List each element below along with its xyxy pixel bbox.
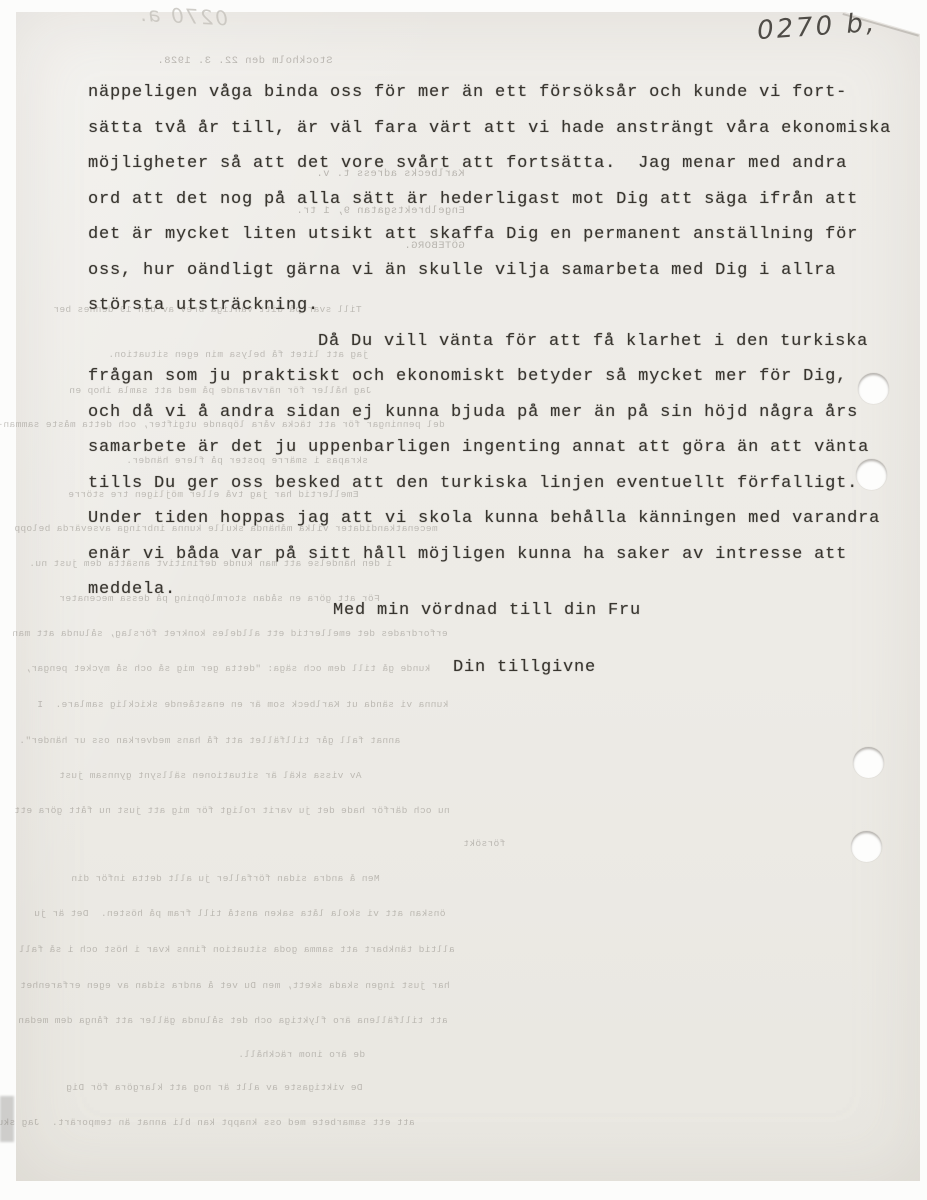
letter-body: näppeligen våga binda oss för mer än ett… (0, 75, 927, 608)
typed-text-layer: näppeligen våga binda oss för mer än ett… (0, 0, 927, 1200)
closing-line: Din tillgivne (453, 658, 596, 678)
letter-line: möjligheter så att det vore svårt att fo… (0, 146, 927, 182)
letter-line: största utsträckning. (0, 288, 927, 324)
punch-hole (856, 459, 887, 490)
letter-line: näppeligen våga binda oss för mer än ett… (0, 75, 927, 111)
punch-hole (858, 373, 889, 404)
letter-line: frågan som ju praktiskt och ekonomiskt b… (0, 359, 927, 395)
punch-hole (851, 831, 882, 862)
closing-line: Med min vördnad till din Fru (333, 601, 641, 621)
letter-line: ord att det nog på alla sätt är hederlig… (0, 182, 927, 218)
letter-line: och då vi å andra sidan ej kunna bjuda p… (0, 395, 927, 431)
letter-line: oss, hur oändligt gärna vi än skulle vil… (0, 253, 927, 289)
punch-hole (853, 747, 884, 778)
letter-line: samarbete är det ju uppenbarligen ingent… (0, 430, 927, 466)
letter-line: enär vi båda var på sitt håll möjligen k… (0, 537, 927, 573)
letter-line: Under tiden hoppas jag att vi skola kunn… (0, 501, 927, 537)
letter-line: det är mycket liten utsikt att skaffa Di… (0, 217, 927, 253)
letter-line: tills Du ger oss besked att den turkiska… (0, 466, 927, 502)
letter-scan: 0270 a. Stockholm den 22. 3. 1928.Karlbe… (0, 0, 927, 1200)
letter-line: sätta två år till, är väl fara värt att … (0, 111, 927, 147)
letter-line: Då Du vill vänta för att få klarhet i de… (0, 324, 927, 360)
